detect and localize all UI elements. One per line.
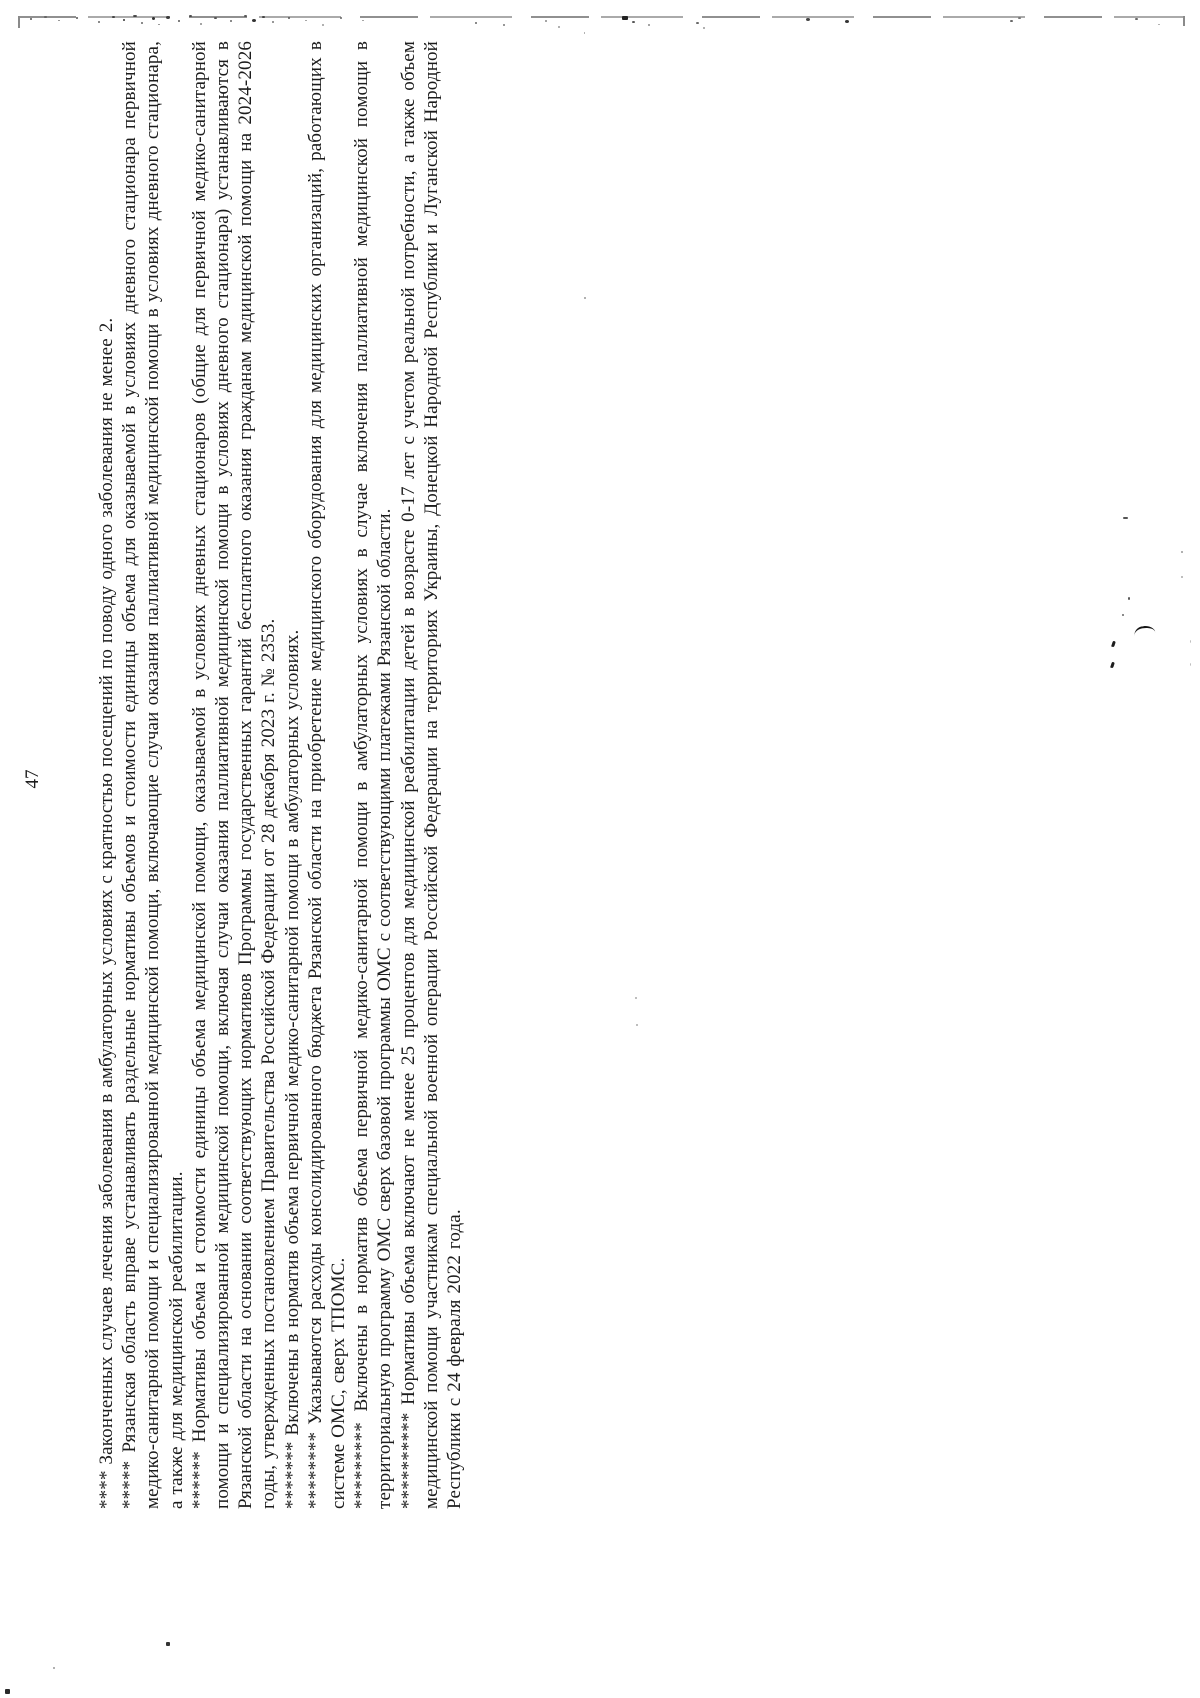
scan-speck — [44, 16, 47, 18]
document-text-block: **** Законченных случаев лечения заболев… — [95, 41, 469, 1509]
scan-speck — [845, 20, 849, 23]
scan-speck — [58, 20, 60, 21]
scan-speck — [322, 24, 324, 26]
scan-speck — [1010, 20, 1013, 22]
scan-speck — [189, 15, 192, 17]
scan-speck — [703, 27, 705, 29]
scan-artifact-tick-right — [1183, 16, 1185, 26]
scan-speck — [1181, 551, 1183, 553]
scan-speck — [1190, 663, 1191, 666]
footnote-paragraph: ********** Нормативы объема включают не … — [397, 41, 467, 1509]
scan-speck — [305, 20, 307, 21]
scan-speck — [1123, 517, 1128, 519]
scan-speck — [622, 16, 628, 20]
scan-speck — [53, 1667, 55, 1669]
scan-speck — [244, 15, 247, 17]
footnote-paragraph: ******** Указываются расходы консолидиро… — [304, 41, 350, 1509]
scan-speck — [1018, 17, 1021, 19]
scan-speck — [5, 1689, 10, 1694]
scan-speck — [214, 17, 217, 19]
scan-speck — [632, 21, 635, 23]
scan-speck — [635, 997, 637, 999]
scan-speck — [112, 16, 115, 18]
scan-speck — [123, 19, 125, 21]
scan-speck — [178, 20, 180, 22]
scan-speck — [584, 297, 586, 299]
scan-speck — [696, 22, 699, 24]
scan-speck — [158, 24, 160, 25]
scan-speck — [133, 15, 137, 17]
scan-speck — [288, 17, 290, 19]
scan-speck — [1110, 662, 1115, 669]
scan-speck — [1158, 24, 1160, 25]
scan-speck — [340, 17, 342, 19]
scan-speck — [1128, 597, 1130, 600]
scan-speck — [1111, 641, 1116, 648]
scan-speck — [262, 16, 265, 18]
footnote-paragraph: ***** Рязанская область вправе устанавли… — [118, 41, 188, 1509]
footnote-paragraph: **** Законченных случаев лечения заболев… — [95, 41, 118, 1509]
scan-speck — [152, 17, 155, 20]
scan-speck — [272, 21, 274, 23]
scan-artifact-tick-left — [18, 16, 20, 28]
footnote-paragraph: ******* Включены в норматив объема перви… — [281, 41, 304, 1509]
scan-speck — [1181, 576, 1183, 578]
scan-speck — [30, 18, 32, 20]
scan-speck — [558, 26, 560, 28]
scan-speck — [1135, 18, 1138, 20]
scan-speck — [584, 32, 585, 34]
scan-speck — [806, 18, 810, 21]
footnote-paragraph: ********* Включены в норматив объема пер… — [350, 41, 396, 1509]
scan-squiggle-mark — [1133, 624, 1155, 637]
scan-speck — [648, 24, 650, 26]
scanned-page: 47 **** Законченных случаев лечения забо… — [0, 0, 1200, 1698]
scan-speck — [503, 24, 505, 26]
scan-speck — [230, 20, 232, 22]
page-number: 47 — [22, 755, 48, 803]
scan-speck — [166, 16, 170, 19]
footnote-paragraph: ****** Нормативы объема и стоимости един… — [188, 41, 281, 1509]
scan-speck — [141, 22, 143, 24]
scan-speck — [475, 22, 477, 24]
scan-speck — [1122, 614, 1124, 616]
scan-speck — [362, 20, 364, 21]
scan-speck — [636, 1024, 638, 1026]
scan-speck — [76, 17, 78, 19]
scan-speck — [545, 20, 547, 22]
scan-speck — [200, 23, 202, 25]
scan-speck — [166, 1642, 170, 1646]
scan-speck — [252, 19, 256, 22]
scan-speck — [98, 21, 100, 23]
scan-speck — [1190, 640, 1191, 643]
scan-artifact-line — [18, 16, 1184, 18]
